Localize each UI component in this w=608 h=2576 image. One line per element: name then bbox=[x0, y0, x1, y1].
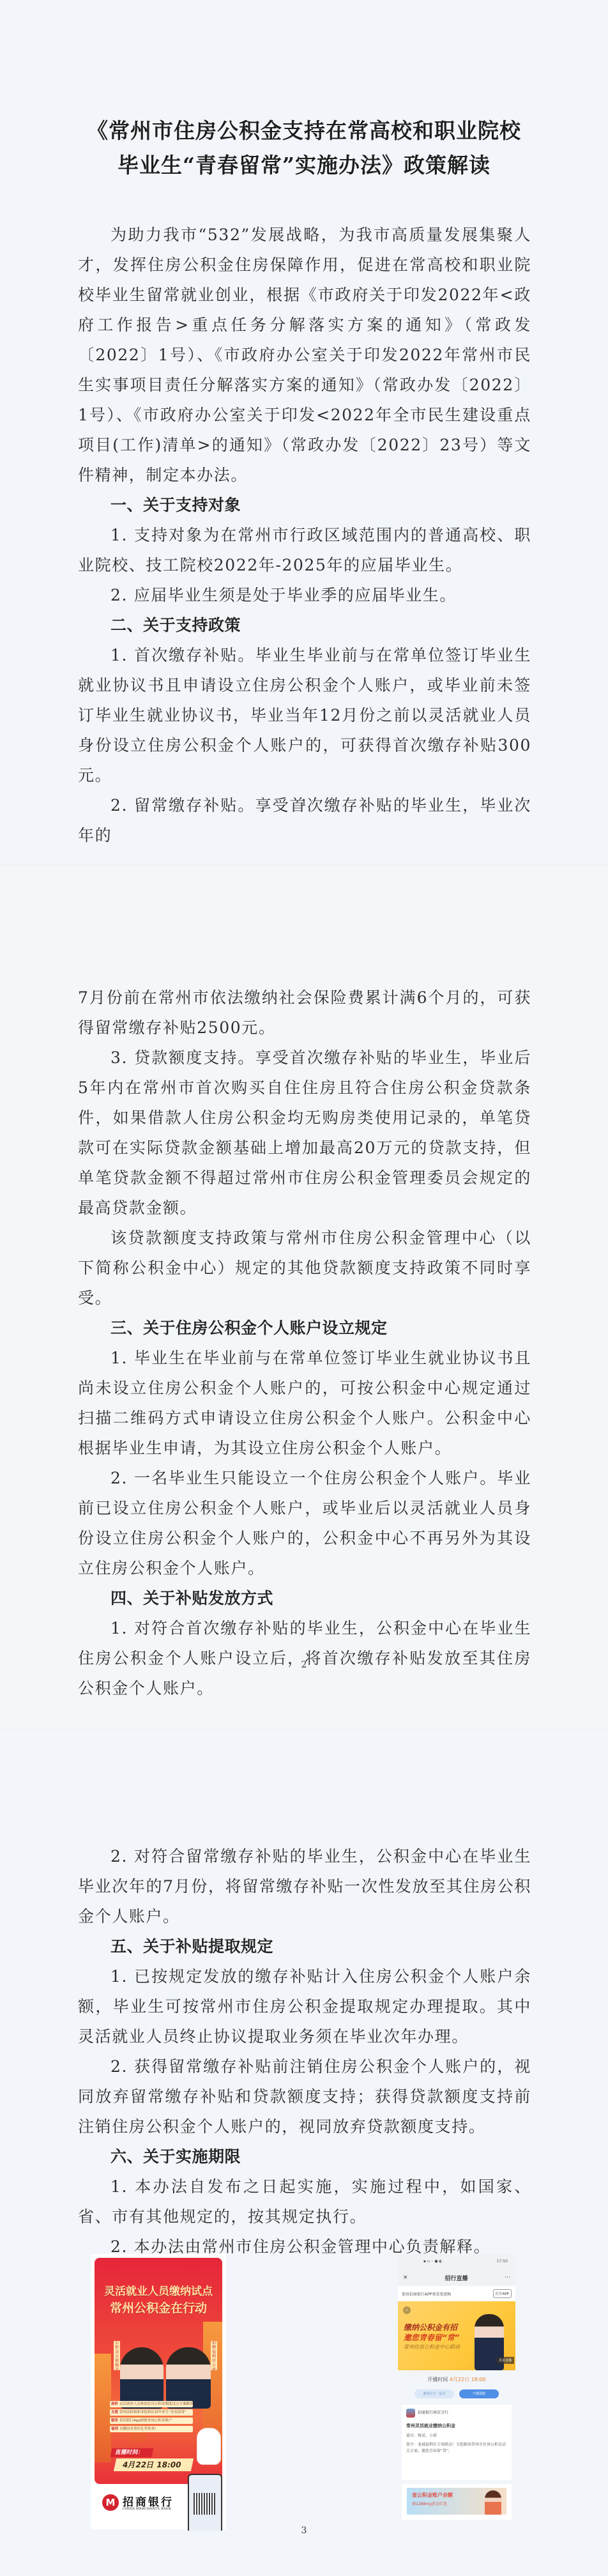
paragraph: 1. 已按规定发放的缴存补贴计入住房公积金个人账户余额，毕业生可按常州市住房公积… bbox=[78, 1961, 531, 2051]
open-app-button: 打开APP bbox=[493, 2289, 512, 2298]
hero-line-2: 邀您青春留“常” bbox=[404, 2332, 459, 2343]
paragraph: 2. 对符合留常缴存补贴的毕业生，公积金中心在毕业生毕业次年的7月份，将留常缴存… bbox=[78, 1841, 531, 1931]
phone-mockup bbox=[188, 2474, 222, 2531]
paragraph: 2. 获得留常缴存补贴前注销住房公积金个人账户的，视同放弃留常缴存补贴和贷款额度… bbox=[78, 2051, 531, 2142]
cat-mascot-icon bbox=[197, 2428, 221, 2465]
paragraph: 1. 首次缴存补贴。毕业生毕业前与在常单位签订毕业生就业协议书且申请设立住房公积… bbox=[78, 640, 531, 790]
poster-bullet: 福利直播间多重好礼等你来! bbox=[110, 2426, 193, 2432]
hero-line-3: 常州住房公积金中心联动 bbox=[404, 2343, 460, 2350]
section-heading-2: 二、关于支持政策 bbox=[78, 610, 531, 640]
section-heading-1: 一、关于支持对象 bbox=[78, 490, 531, 520]
title-line-1: 《常州市住房公积金支持在常高校和职业院校 bbox=[0, 114, 608, 148]
paragraph: 2. 一名毕业生只能设立一个住房公积金个人账户。毕业前已设立住房公积金个人账户，… bbox=[78, 1463, 531, 1583]
close-icon: × bbox=[403, 2274, 408, 2281]
live-info-card: 招商银行南京分行 常州灵活就业缴纳公积金 嘉宾：杨某、小郭 简介：龙城福利社专场… bbox=[402, 2405, 512, 2480]
paragraph: 该贷款额度支持政策与常州市住房公积金管理中心（以下简称公积金中心）规定的其他贷款… bbox=[78, 1223, 531, 1313]
chevron-left-icon: ‹ bbox=[403, 2306, 411, 2314]
page-2-body: 7月份前在常州市依法缴纳社会保险费累计满6个月的，可获得留常缴存补贴2500元。… bbox=[78, 983, 531, 1703]
live-guests: 嘉宾：杨某、小郭 bbox=[406, 2433, 507, 2439]
intro-paragraph: 为助力我市“532”发展战略，为我市高质量发展集聚人才，发挥住房公积金住房保障作… bbox=[78, 220, 531, 490]
speaker-left-photo bbox=[120, 2347, 163, 2409]
live-time-value: 4月22日 18:00 bbox=[114, 2458, 194, 2471]
page-number: 3 bbox=[0, 2526, 608, 2536]
document-page-1: 《常州市住房公积金支持在常高校和职业院校 毕业生“青春留常”实施办法》政策解读 … bbox=[0, 0, 608, 864]
document-title: 《常州市住房公积金支持在常高校和职业院校 毕业生“青春留常”实施办法》政策解读 bbox=[0, 114, 608, 183]
poster-title-line-1: 灵活就业人员缴纳试点 bbox=[95, 2282, 222, 2298]
remind-button: 开播提醒 bbox=[459, 2389, 499, 2398]
poster-background: 灵活就业人员缴纳试点 常州公积金在行动 公积金大使 杨某 招聘福利官 小郭 剖析… bbox=[95, 2258, 222, 2484]
title-line-2: 毕业生“青春留常”实施办法》政策解读 bbox=[0, 148, 608, 183]
document-page-3: 2. 对符合留常缴存补贴的毕业生，公积金中心在毕业生毕业次年的7月份，将留常缴存… bbox=[0, 1728, 608, 2576]
paragraph: 3. 贷款额度支持。享受首次缴存补贴的毕业生，毕业后5年内在常州市首次购买自住住… bbox=[78, 1043, 531, 1223]
ad-illustration bbox=[485, 2490, 501, 2515]
paragraph: 1. 本办法自发布之日起实施，实施过程中，如国家、省、市有其他规定的，按其规定执… bbox=[78, 2172, 531, 2232]
action-buttons: 邀请好友一起看 开播提醒 bbox=[398, 2389, 515, 2403]
china-merchants-bank-logo-icon: M bbox=[102, 2494, 119, 2511]
qr-code-icon bbox=[194, 2493, 215, 2515]
poster-bullet: 关爱常州高校和职业院校应届毕业生“青春留常” bbox=[110, 2409, 193, 2416]
speaker-left-tag: 公积金大使 杨某 bbox=[114, 2341, 120, 2370]
status-time: 17:50 bbox=[497, 2254, 508, 2269]
section-heading-3: 三、关于住房公积金个人账户设立规定 bbox=[78, 1313, 531, 1343]
section-heading-4: 四、关于补贴发放方式 bbox=[78, 1583, 531, 1613]
paragraph: 2. 应届毕业生须是处于毕业季的应届毕业生。 bbox=[78, 580, 531, 610]
branch-avatar-icon bbox=[406, 2409, 415, 2418]
ad-banner: 查公积金账户余额 抽1288mg黄金红包 bbox=[407, 2488, 506, 2515]
start-time-value: 4月22日 18:00 bbox=[450, 2377, 486, 2382]
status-icons: ▪ ▫ ◦ ● ◐ bbox=[423, 2254, 443, 2269]
live-intro: 简介：龙城福利社专场联动！为您解读常州市住房公积金试点方案，邀您青春留“常”。 bbox=[406, 2442, 507, 2455]
phone-status-bar: ▪ ▫ ◦ ● ◐ 17:50 bbox=[398, 2254, 515, 2269]
app-nav-bar: × 招行直播 ··· bbox=[398, 2269, 515, 2286]
speaker-right-tag: 招聘福利官 小郭 bbox=[211, 2341, 217, 2370]
livestream-poster-image: 灵活就业人员缴纳试点 常州公积金在行动 公积金大使 杨某 招聘福利官 小郭 剖析… bbox=[91, 2254, 226, 2529]
page-3-body: 2. 对符合留常缴存补贴的毕业生，公积金中心在毕业生毕业次年的7月份，将留常缴存… bbox=[78, 1841, 531, 2262]
live-time-label: 直播时间： bbox=[110, 2448, 154, 2457]
poster-bullet-list: 剖析灵活就业人员参加住房公积金制度试点方案解读 关爱常州高校和职业院校应届毕业生… bbox=[110, 2401, 193, 2434]
live-title: 常州灵活就业缴纳公积金 bbox=[406, 2423, 507, 2429]
invite-friends-button: 邀请好友一起看 bbox=[414, 2389, 454, 2398]
page-1-body: 为助力我市“532”发展战略，为我市高质量发展集聚人才，发挥住房公积金住房保障作… bbox=[78, 220, 531, 850]
branch-name: 招商银行南京分行 bbox=[418, 2410, 448, 2416]
page-number: 2 bbox=[0, 1660, 608, 1670]
page-number: 1 bbox=[0, 798, 608, 808]
livestream-app-screenshot: ▪ ▫ ◦ ● ◐ 17:50 × 招行直播 ··· 使用招商银行APP观看更流… bbox=[398, 2254, 515, 2529]
start-time-label: 开播时间 bbox=[427, 2377, 448, 2382]
nav-title: 招行直播 bbox=[445, 2274, 467, 2282]
more-icon: ··· bbox=[505, 2274, 510, 2281]
poster-title-line-2: 常州公积金在行动 bbox=[95, 2299, 222, 2316]
section-heading-6: 六、关于实施期限 bbox=[78, 2142, 531, 2172]
poster-bullet: 服务招商银行App便捷查询公积金账户 bbox=[110, 2418, 193, 2424]
paragraph: 1. 支持对象为在常州市行政区域范围内的普通高校、职业院校、技工院校2022年-… bbox=[78, 520, 531, 580]
paragraph-continuation: 7月份前在常州市依法缴纳社会保险费累计满6个月的，可获得留常缴存补贴2500元。 bbox=[78, 983, 531, 1043]
open-app-banner: 使用招商银行APP观看更流畅 打开APP bbox=[398, 2286, 515, 2301]
paragraph: 1. 毕业生在毕业前与在常单位签订毕业生就业协议书且尚未设立住房公积金个人账户的… bbox=[78, 1343, 531, 1463]
speaker-right-photo bbox=[166, 2347, 211, 2409]
livestream-hero-banner: ‹ 缴纳公积金有招 邀您青春留“常” 常州住房公积金中心联动 更多直播 bbox=[398, 2301, 515, 2370]
bank-name-en: CHINA MERCHANTS BANK bbox=[123, 2507, 171, 2511]
building-graphic bbox=[95, 2354, 111, 2462]
section-heading-5: 五、关于补贴提取规定 bbox=[78, 1931, 531, 1961]
start-time-row: 开播时间 4月22日 18:00 bbox=[398, 2370, 515, 2389]
document-page-2: 7月份前在常州市依法缴纳社会保险费累计满6个月的，可获得留常缴存补贴2500元。… bbox=[0, 864, 608, 1729]
branch-row: 招商银行南京分行 bbox=[406, 2409, 507, 2418]
ad-card: 查公积金账户余额 抽1288mg黄金红包 bbox=[402, 2484, 512, 2520]
poster-bullet: 剖析灵活就业人员参加住房公积金制度试点方案解读 bbox=[110, 2401, 193, 2407]
open-app-prompt: 使用招商银行APP观看更流畅 bbox=[402, 2291, 451, 2297]
more-live-tag: 更多直播 bbox=[496, 2357, 514, 2364]
hero-line-1: 缴纳公积金有招 bbox=[404, 2322, 457, 2333]
paragraph: 1. 对符合首次缴存补贴的毕业生，公积金中心在毕业生住房公积金个人账户设立后，将… bbox=[78, 1613, 531, 1703]
